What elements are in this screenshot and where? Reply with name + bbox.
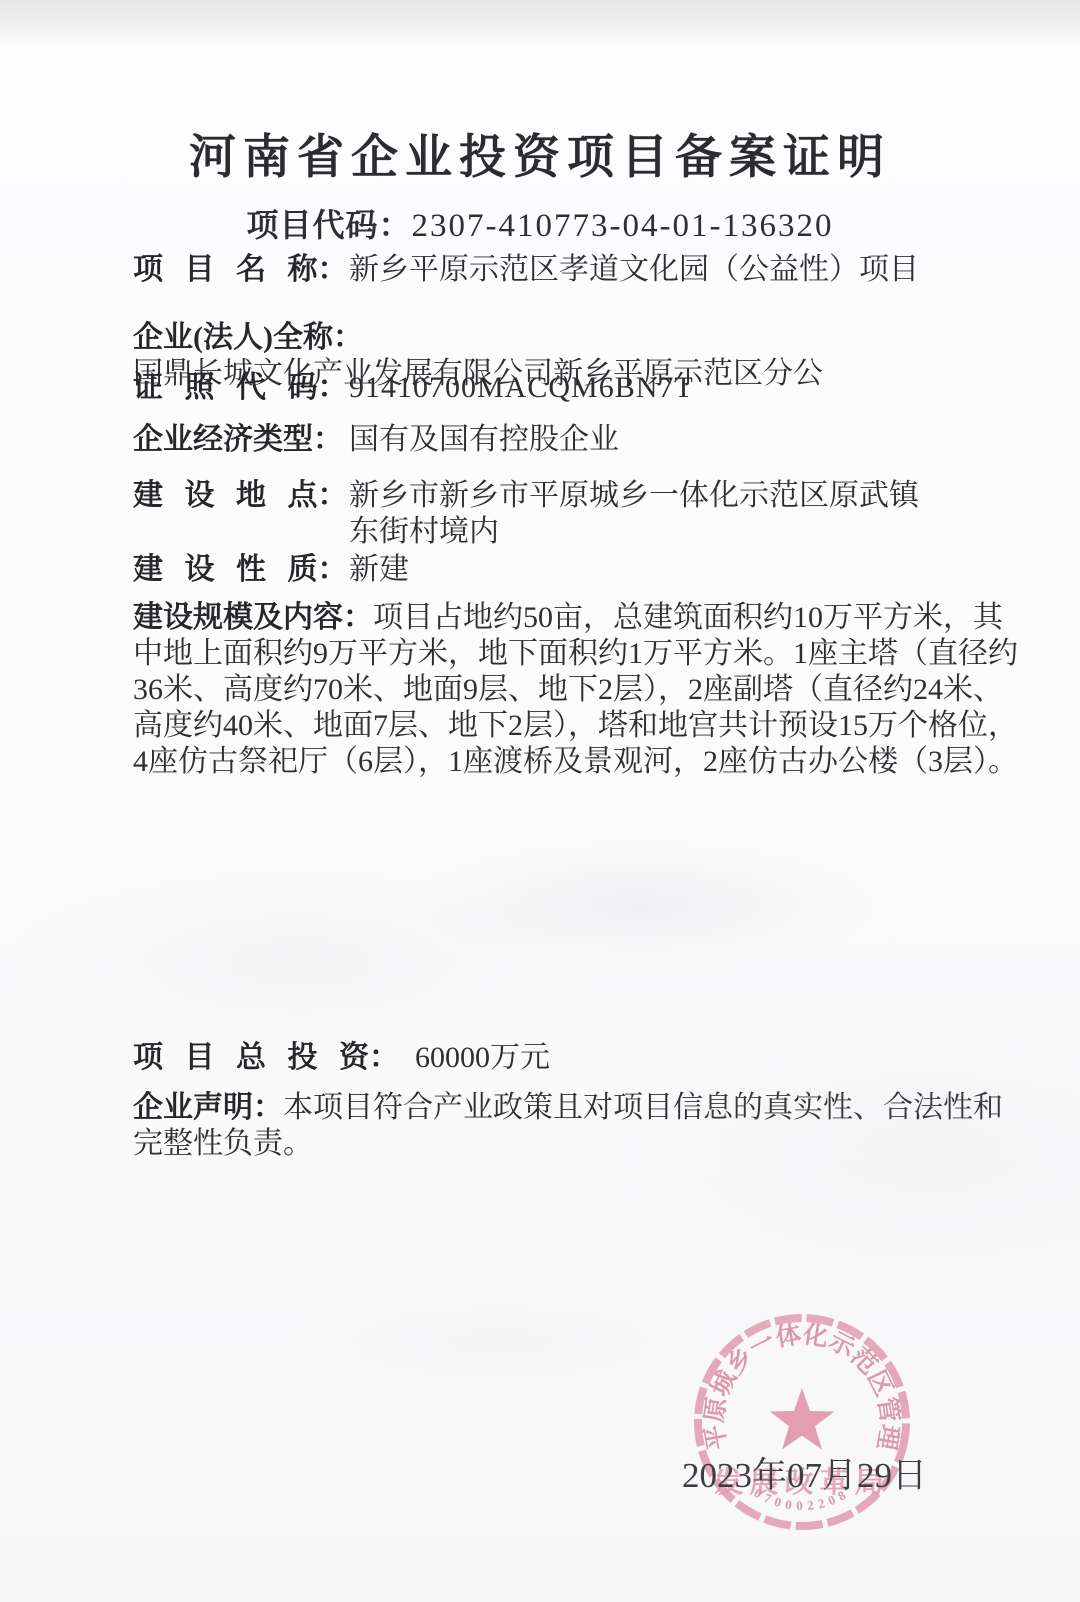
field-enterprise-name-label: 企业(法人)全称：	[133, 320, 363, 356]
field-construction-nature: 建 设 性 质：新建	[133, 552, 1025, 588]
field-construction-nature-value: 新建	[349, 552, 409, 588]
project-code-value: 2307-410773-04-01-136320	[412, 208, 834, 244]
field-license-code: 证 照 代 码：91410700MACQM6BN7T	[133, 370, 1025, 406]
field-project-name: 项 目 名 称：新乡平原示范区孝道文化园（公益性）项目	[133, 252, 1025, 288]
field-economic-type-value: 国有及国有控股企业	[349, 422, 619, 458]
field-total-investment-label: 项 目 总 投 资：	[133, 1040, 399, 1076]
field-total-investment: 项 目 总 投 资：60000万元	[133, 1040, 1025, 1076]
issue-date: 2023年07月29日	[682, 1448, 927, 1498]
field-construction-site: 建 设 地 点：新乡市新乡市平原城乡一体化示范区原武镇东街村境内	[133, 478, 1025, 550]
field-total-investment-value: 60000万元	[415, 1040, 550, 1076]
stamp-star-icon	[770, 1388, 835, 1450]
field-economic-type: 企业经济类型：国有及国有控股企业	[133, 422, 1025, 458]
field-project-name-value: 新乡平原示范区孝道文化园（公益性）项目	[349, 252, 919, 288]
official-seal-stamp: 新乡市平原城乡一体化示范区管理委员会 发展改革局 4107000220823	[680, 1300, 924, 1544]
field-license-code-label: 证 照 代 码：	[133, 370, 349, 406]
field-scale-content: 建设规模及内容：项目占地约50亩，总建筑面积约10万平方米，其中地上面积约9万平…	[133, 600, 1025, 780]
project-code-label: 项目代码：	[247, 207, 412, 243]
field-economic-type-label: 企业经济类型：	[133, 422, 349, 458]
field-project-name-label: 项 目 名 称：	[133, 252, 349, 288]
field-scale-content-label: 建设规模及内容：	[133, 601, 373, 634]
field-license-code-value: 91410700MACQM6BN7T	[349, 370, 694, 406]
field-construction-site-label: 建 设 地 点：	[133, 478, 349, 514]
field-construction-nature-label: 建 设 性 质：	[133, 552, 349, 588]
certificate-document: 河南省企业投资项目备案证明 项目代码：2307-410773-04-01-136…	[0, 0, 1080, 1602]
project-code-line: 项目代码：2307-410773-04-01-136320	[0, 200, 1080, 246]
field-enterprise-declaration: 企业声明：本项目符合产业政策且对项目信息的真实性、合法性和完整性负责。	[133, 1090, 1025, 1162]
document-title: 河南省企业投资项目备案证明	[0, 120, 1080, 187]
field-enterprise-declaration-label: 企业声明：	[133, 1091, 283, 1124]
field-construction-site-value: 新乡市新乡市平原城乡一体化示范区原武镇东街村境内	[349, 478, 933, 550]
